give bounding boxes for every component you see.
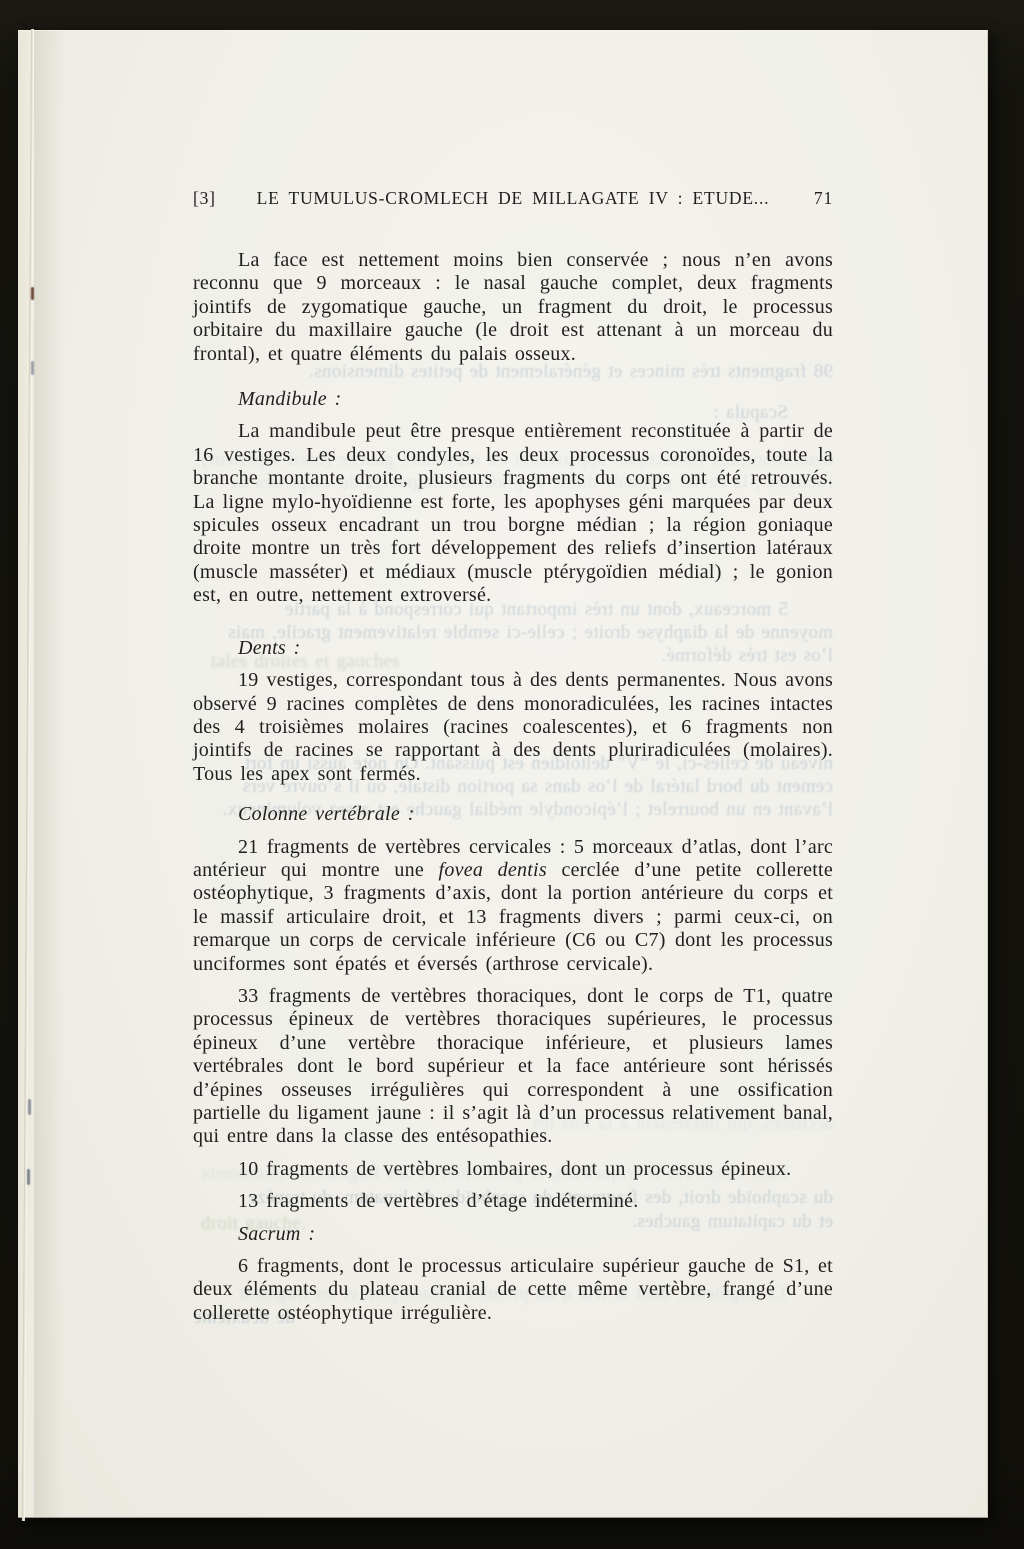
binding-shadow <box>34 31 64 1517</box>
paragraph-thoraciques: 33 fragments de vertèbres thoraciques, d… <box>193 985 833 1149</box>
stitch-mark <box>31 361 34 375</box>
page-text-block: [3] LE TUMULUS-CROMLECH DE MILLAGATE IV … <box>193 187 833 1334</box>
paragraph-face: La face est nettement moins bien conserv… <box>193 249 833 366</box>
section-heading-mandibule: Mandibule : <box>193 388 833 411</box>
latin-term-fovea-dentis: fovea dentis <box>439 859 547 881</box>
stitch-mark <box>31 287 34 300</box>
paragraph-indetermine: 13 fragments de vertèbres d’étage indéte… <box>193 1190 833 1213</box>
section-heading-colonne-vertebrale: Colonne vertébrale : <box>193 803 833 826</box>
scan-background: 98 fragments très minces et généralement… <box>0 0 1024 1549</box>
stitch-mark <box>28 1099 31 1115</box>
header-title: LE TUMULUS-CROMLECH DE MILLAGATE IV : ET… <box>253 187 773 210</box>
paragraph-sacrum: 6 fragments, dont le processus articulai… <box>193 1255 833 1325</box>
book-page: 98 fragments très minces et généralement… <box>18 30 988 1518</box>
paragraph-mandibule: La mandibule peut être presque entièreme… <box>193 420 833 607</box>
paragraph-lombaires: 10 fragments de vertèbres lombaires, don… <box>193 1158 833 1181</box>
paragraph-cervicales: 21 fragments de vertèbres cervicales : 5… <box>193 836 833 976</box>
running-header: [3] LE TUMULUS-CROMLECH DE MILLAGATE IV … <box>193 187 833 209</box>
header-section-ref: [3] <box>193 187 253 210</box>
section-heading-dents: Dents : <box>193 637 833 660</box>
section-heading-sacrum: Sacrum : <box>193 1223 833 1246</box>
paragraph-dents: 19 vestiges, correspondant tous à des de… <box>193 669 833 786</box>
stitch-mark <box>27 1169 30 1185</box>
header-page-number: 71 <box>773 187 833 210</box>
